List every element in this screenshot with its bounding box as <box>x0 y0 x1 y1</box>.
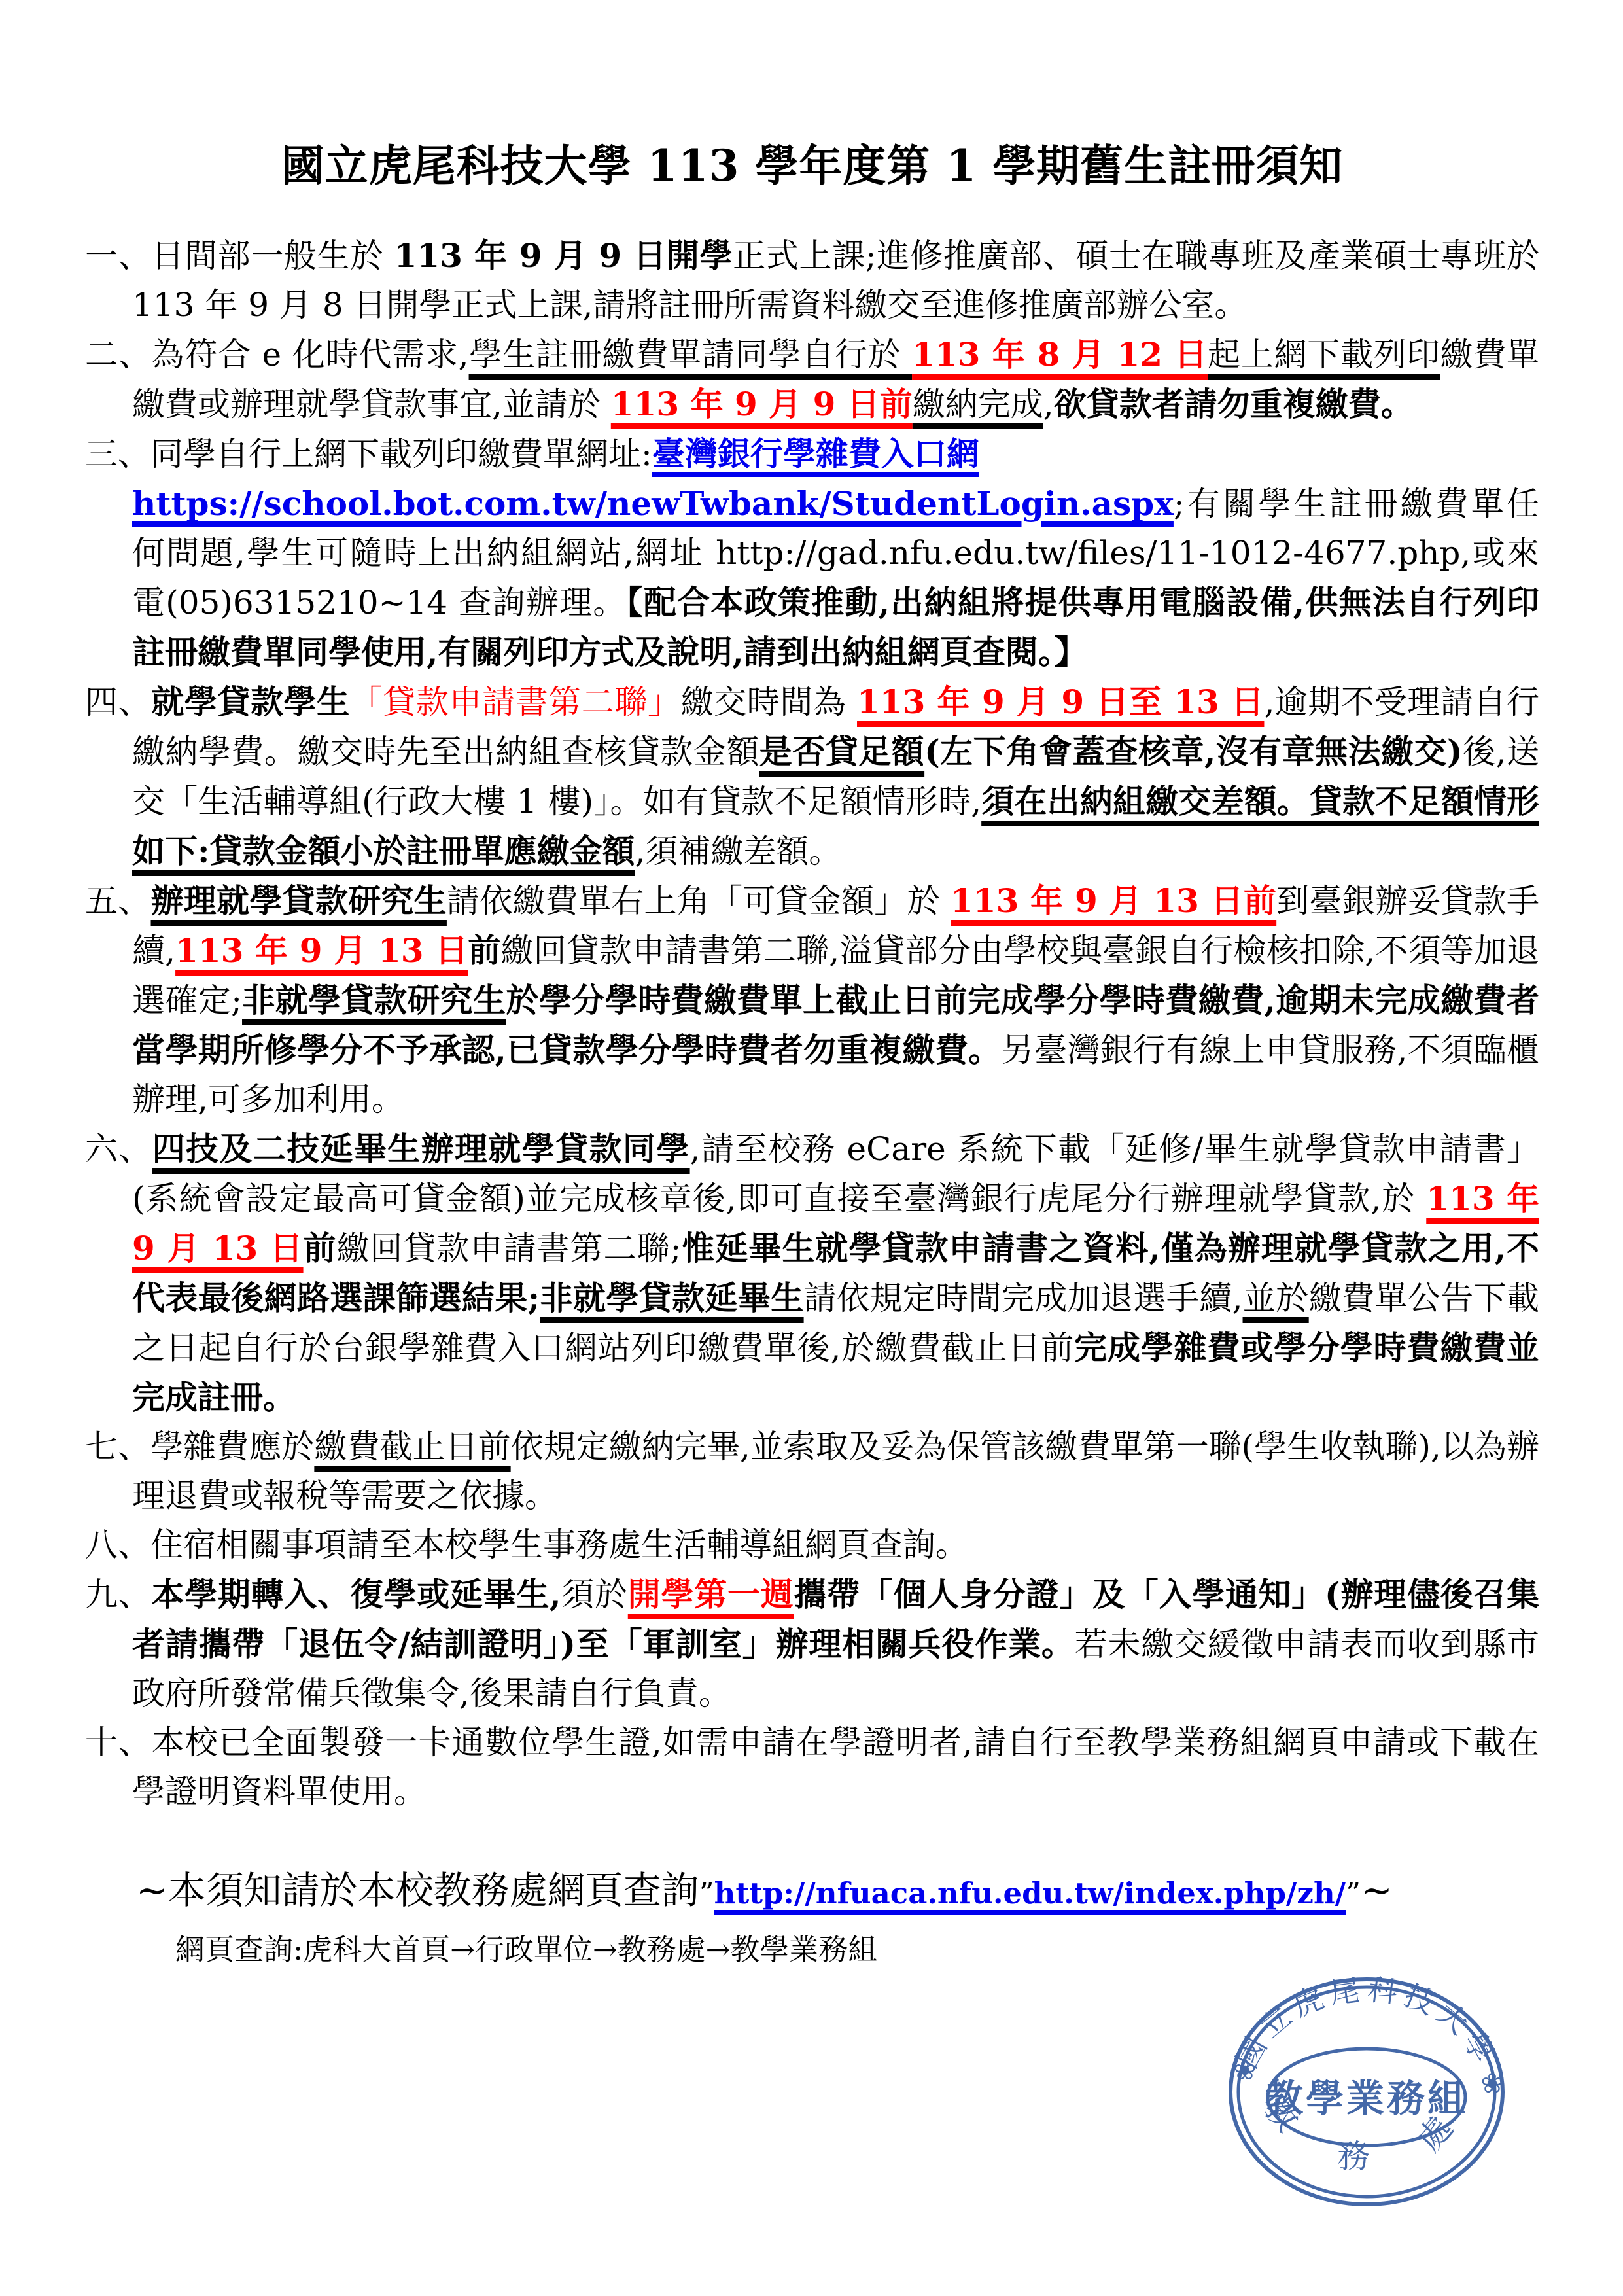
text-run: 前 <box>304 1229 337 1267</box>
stamp: 國立虎尾科技大學 教學業務組 教 務 處 ❀ ❀ <box>1221 1960 1524 2231</box>
text-run: 同學自行上網下載列印繳費單網址: <box>150 435 652 473</box>
item-number: 三、 <box>85 435 150 473</box>
notice-item: 六、四技及二技延畢生辦理就學貸款同學,請至校務 eCare 系統下載「延修/畢生… <box>85 1124 1539 1422</box>
text-run: 為符合 e 化時代需求, <box>152 336 469 374</box>
text-run: 日間部一般生於 <box>151 237 394 275</box>
text-run: (左下角會蓋查核章,沒有章無法繳交) <box>924 732 1463 771</box>
text-run: ,須補繳差額。 <box>635 832 841 870</box>
text-run: 就學貸款學生 <box>151 682 350 721</box>
text-run: 本校已全面製發一卡通數位學生證,如需申請在學證明者,請自行至教學業務組網頁申請或… <box>132 1723 1539 1810</box>
notice-item: 九、本學期轉入、復學或延畢生,須於開學第一週攜帶「個人身分證」及「入學通知」(辦… <box>85 1570 1539 1718</box>
item-number: 四、 <box>85 683 151 721</box>
footer-open-quote: ” <box>699 1876 714 1911</box>
notice-item: 五、辦理就學貸款研究生請依繳費單右上角「可貸金額」於 113 年 9 月 13 … <box>85 876 1539 1124</box>
highlight-first-week: 開學第一週 <box>628 1575 794 1614</box>
text-run: 住宿相關事項請至本校學生事務處生活輔導組網頁查詢。 <box>150 1526 968 1564</box>
document-page: 國立虎尾科技大學 113 學年度第 1 學期舊生註冊須知 一、日間部一般生於 1… <box>0 0 1623 1971</box>
text-run: 學雜費應於 <box>150 1428 314 1466</box>
seal-left-flower-icon: ❀ <box>1233 2054 1256 2086</box>
highlight-download-date: 113 年 8 月 12 日 <box>912 335 1208 374</box>
text-run: 是否貸足額 <box>759 732 924 771</box>
text-run: 請依繳費單右上角「可貸金額」於 <box>447 882 951 920</box>
opening-date-day-division: 113 年 9 月 9 日開學 <box>394 236 733 275</box>
text-run: 繳回貸款申請書第二聯; <box>337 1229 682 1267</box>
notice-item: 十、本校已全面製發一卡通數位學生證,如需申請在學證明者,請自行至教學業務組網頁申… <box>85 1718 1539 1816</box>
text-run: 請依規定時間完成加退選手續, <box>804 1279 1243 1317</box>
highlight-loan-application-copy: 「貸款申請書第二聯」 <box>350 683 681 721</box>
text-run: , <box>1043 385 1054 423</box>
text-run: 四技及二技延畢生辦理就學貸款同學 <box>152 1129 690 1168</box>
footer-tilde: ~ <box>1361 1868 1393 1913</box>
item-number: 六、 <box>85 1130 152 1168</box>
text-run: 前 <box>468 931 500 970</box>
text-run: 繳費截止日前 <box>314 1428 510 1466</box>
footer-note-text: ~本須知請於本校教務處網頁查詢 <box>136 1868 699 1913</box>
notice-item: 二、為符合 e 化時代需求,學生註冊繳費單請同學自行於 113 年 8 月 12… <box>85 330 1539 429</box>
notice-item: 四、就學貸款學生「貸款申請書第二聯」繳交時間為 113 年 9 月 9 日至 1… <box>85 677 1539 876</box>
text-run: 本學期轉入、復學或延畢生, <box>151 1575 561 1614</box>
office-seal-icon: 國立虎尾科技大學 教學業務組 教 務 處 ❀ ❀ <box>1221 1960 1524 2231</box>
seal-right-flower-icon: ❀ <box>1480 2067 1503 2099</box>
footer: ~本須知請於本校教務處網頁查詢”http://nfuaca.nfu.edu.tw… <box>85 1862 1539 1971</box>
link-bank-of-taiwan-portal[interactable]: 臺灣銀行學雜費入口網 <box>652 434 979 473</box>
text-run: 非就學貸款延畢生 <box>540 1279 803 1317</box>
text-run: 欲貸款者請勿重複繳費。 <box>1054 385 1414 423</box>
link-academic-affairs-site[interactable]: http://nfuaca.nfu.edu.tw/index.php/zh/ <box>714 1876 1346 1911</box>
text-run: 辦理就學貸款研究生 <box>151 881 447 920</box>
item-number: 九、 <box>85 1576 151 1614</box>
notice-item: 一、日間部一般生於 113 年 9 月 9 日開學正式上課;進修推廣部、碩士在職… <box>85 231 1539 330</box>
notice-item: 三、同學自行上網下載列印繳費單網址:臺灣銀行學雜費入口網https://scho… <box>85 429 1539 677</box>
footer-close-quote: ” <box>1346 1876 1361 1911</box>
text-run: 學生註冊繳費單請同學自行於 <box>469 336 913 374</box>
item-number: 八、 <box>85 1526 150 1564</box>
highlight-payment-deadline: 113 年 9 月 9 日前 <box>611 385 913 423</box>
notice-list: 一、日間部一般生於 113 年 9 月 9 日開學正式上課;進修推廣部、碩士在職… <box>85 231 1539 1816</box>
notice-item: 八、住宿相關事項請至本校學生事務處生活輔導組網頁查詢。 <box>85 1521 1539 1570</box>
item-number: 七、 <box>85 1428 150 1466</box>
notice-item: 七、學雜費應於繳費截止日前依規定繳納完畢,並索取及妥為保管該繳費單第一聯(學生收… <box>85 1422 1539 1521</box>
highlight-grad-return-deadline: 113 年 9 月 13 日 <box>175 931 468 970</box>
text-run: 並於 <box>1243 1279 1309 1317</box>
text-run: 非就學貸款研究生 <box>242 981 506 1019</box>
highlight-grad-loan-deadline: 113 年 9 月 13 日前 <box>951 881 1276 920</box>
item-number: 二、 <box>85 336 152 374</box>
page-title: 國立虎尾科技大學 113 學年度第 1 學期舊生註冊須知 <box>85 131 1539 193</box>
text-run: 繳交時間為 <box>681 683 857 721</box>
highlight-loan-submission-period: 113 年 9 月 9 日至 13 日 <box>857 682 1264 721</box>
text-run: 須於 <box>561 1576 628 1614</box>
link-bank-of-taiwan-url[interactable]: https://school.bot.com.tw/newTwbank/Stud… <box>132 484 1174 523</box>
item-number: 五、 <box>85 882 151 920</box>
text-run: 繳納完成 <box>913 385 1043 423</box>
text-run: 起上網下載列印 <box>1208 336 1440 374</box>
item-number: 十、 <box>85 1723 152 1761</box>
item-number: 一、 <box>85 237 151 275</box>
footer-note-line: ~本須知請於本校教務處網頁查詢”http://nfuaca.nfu.edu.tw… <box>85 1862 1539 1922</box>
